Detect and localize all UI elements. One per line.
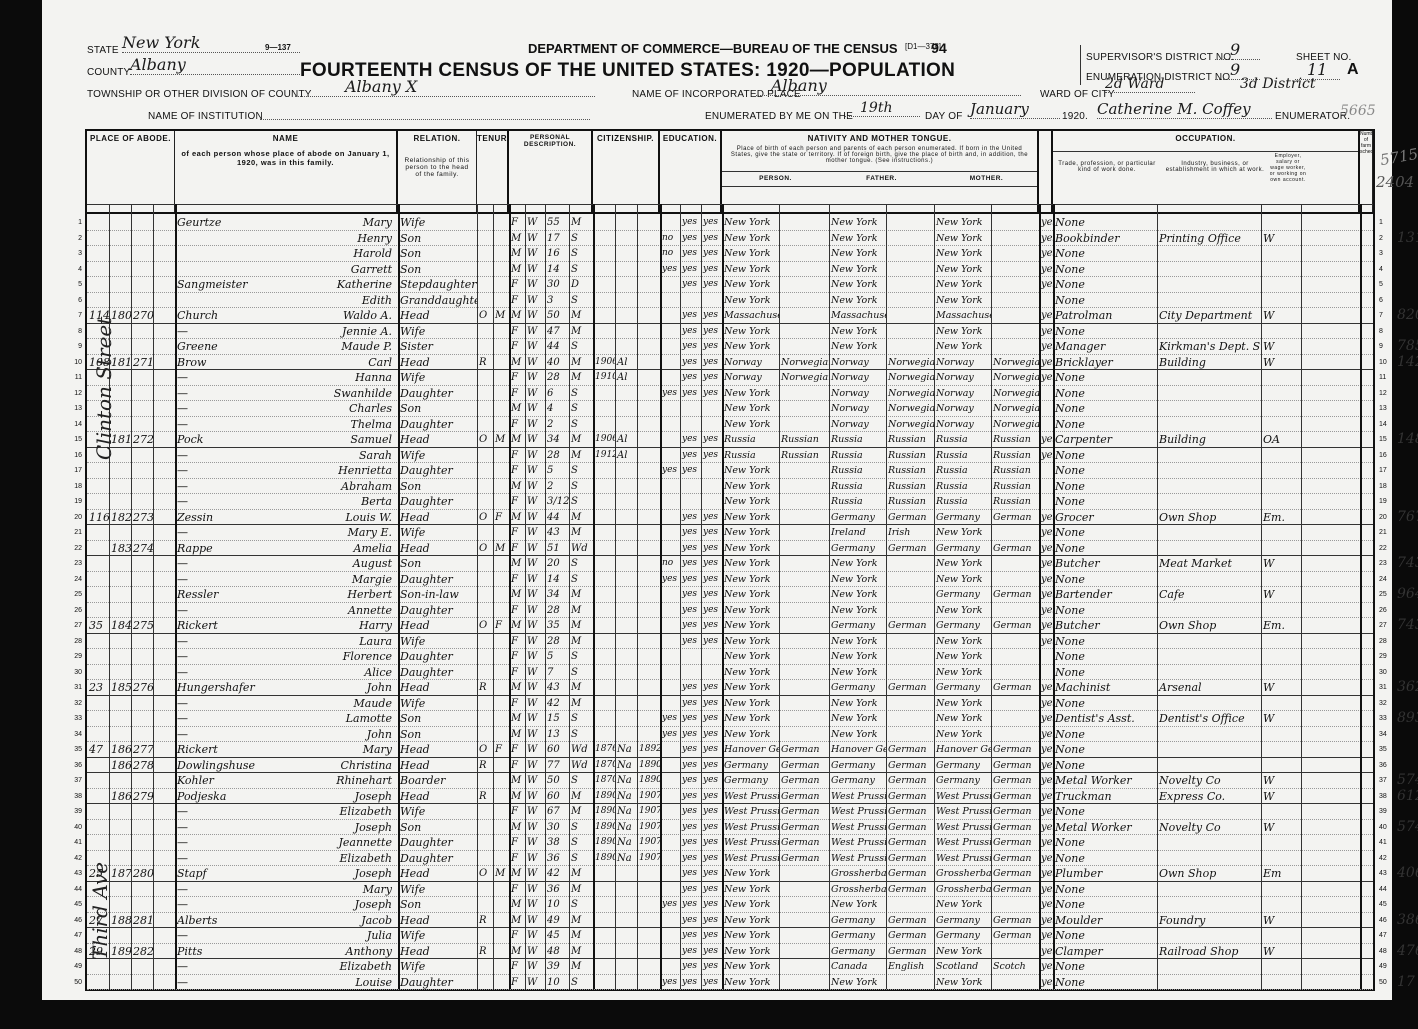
- cell-ind: [1157, 572, 1261, 588]
- table-row: 12—SwanhildeDaughterFW6SyesyesyesNew Yor…: [87, 386, 1373, 402]
- cell-own: [477, 773, 493, 789]
- cell-fam: [131, 804, 153, 820]
- cell-race: W: [525, 401, 545, 417]
- cell-sex: F: [509, 665, 525, 681]
- table-row: 42—ElizabethDaughterFW36S1890Na1907yesye…: [87, 851, 1373, 867]
- cell-mmt: German: [991, 758, 1039, 774]
- cell-write: yes: [701, 541, 722, 557]
- cell-fam: 273: [131, 510, 153, 526]
- cell-house: [87, 525, 109, 541]
- cell-mpob: Norway: [934, 386, 991, 402]
- cell-dw: [109, 262, 131, 278]
- cell-ms: M: [569, 355, 593, 371]
- cell-mmt: Norwegian: [991, 355, 1039, 371]
- cell-eng: yes: [1039, 897, 1053, 913]
- cell-mmt: Scotch: [991, 959, 1039, 975]
- enumeration-district-label: Enumeration District No.: [1086, 72, 1233, 83]
- cell-write: [701, 401, 722, 417]
- cell-write: yes: [701, 882, 722, 898]
- cell-ind: [1157, 494, 1261, 510]
- cell-race: W: [525, 851, 545, 867]
- line-number: 20: [64, 510, 82, 525]
- cell-mort: [493, 665, 509, 681]
- cell-mmt: [991, 262, 1039, 278]
- cell-mmt: Norwegian: [991, 386, 1039, 402]
- cell-nat: [615, 556, 637, 572]
- cell-st: [153, 432, 175, 448]
- cell-natyr: [637, 649, 660, 665]
- cell-ms: M: [569, 215, 593, 231]
- line-number-right: 3: [1379, 246, 1393, 261]
- cell-ms: S: [569, 665, 593, 681]
- cell-farm: [1301, 541, 1360, 557]
- cell-nat: [615, 680, 637, 696]
- cell-nat: Na: [615, 851, 637, 867]
- cell-fam: [131, 928, 153, 944]
- cell-natyr: [637, 975, 660, 991]
- cell-nat: [615, 324, 637, 340]
- cell-fpob: Massachusetts: [829, 308, 886, 324]
- cell-imm: [593, 246, 615, 262]
- cell-eng: yes: [1039, 789, 1053, 805]
- cell-sch: [660, 339, 680, 355]
- line-number: 9: [64, 339, 82, 354]
- cell-sex: F: [509, 463, 525, 479]
- cell-mort: [493, 727, 509, 743]
- cell-mt: Russian: [779, 432, 829, 448]
- cell-sex: M: [509, 820, 525, 836]
- cell-nat: Na: [615, 742, 637, 758]
- line-number-right: 19: [1379, 494, 1393, 509]
- cell-natyr: 1892: [637, 742, 660, 758]
- cell-fmt: [886, 587, 934, 603]
- cell-st: [153, 386, 175, 402]
- cell-farm: [1301, 339, 1360, 355]
- cell-fpob: Germany: [829, 510, 886, 526]
- cell-read: yes: [680, 866, 701, 882]
- line-number: 28: [64, 634, 82, 649]
- line-number: 31: [64, 680, 82, 695]
- cell-mmt: [991, 944, 1039, 960]
- cell-fam: [131, 975, 153, 991]
- cell-sch: [660, 587, 680, 603]
- cell-fpob: New York: [829, 215, 886, 231]
- cell-sch: [660, 820, 680, 836]
- column-rule: [1261, 204, 1262, 989]
- table-row: 41—JeannetteDaughterFW38S1890Na1907yesye…: [87, 835, 1373, 851]
- cell-ind: Own Shop: [1157, 510, 1261, 526]
- cell-dw: [109, 665, 131, 681]
- cell-nat: [615, 634, 637, 650]
- cell-mort: [493, 417, 509, 433]
- cell-dw: 183: [109, 541, 131, 557]
- cell-mt: [779, 215, 829, 231]
- cell-eng: yes: [1039, 339, 1053, 355]
- cell-given: Louise: [260, 975, 398, 991]
- cell-occ: None: [1053, 975, 1157, 991]
- cell-mmt: [991, 665, 1039, 681]
- cell-given: Mary: [260, 882, 398, 898]
- cell-emp: [1261, 479, 1301, 495]
- cell-ms: M: [569, 866, 593, 882]
- column-rule: [477, 204, 478, 989]
- line-number: 2: [64, 231, 82, 246]
- cell-mpob: West Prussia Germany: [934, 804, 991, 820]
- cell-rel: Head: [398, 742, 477, 758]
- table-row: 30—AliceDaughterFW7SNew YorkNew YorkNew …: [87, 665, 1373, 681]
- cell-rel: Son: [398, 556, 477, 572]
- cell-mmt: [991, 897, 1039, 913]
- cell-imm: [593, 277, 615, 293]
- cell-given: Elizabeth: [260, 804, 398, 820]
- cell-fmt: German: [886, 835, 934, 851]
- cell-sch: [660, 370, 680, 386]
- cell-surname: —: [175, 696, 260, 712]
- cell-ind: [1157, 386, 1261, 402]
- cell-mpob: New York: [934, 665, 991, 681]
- cell-read: yes: [680, 913, 701, 929]
- cell-ms: S: [569, 479, 593, 495]
- cell-surname: —: [175, 479, 260, 495]
- cell-rel: Sister: [398, 339, 477, 355]
- cell-st: [153, 308, 175, 324]
- cell-mmt: Russian: [991, 494, 1039, 510]
- day-of-label: day of: [925, 111, 963, 122]
- cell-imm: [593, 401, 615, 417]
- line-number-right: 15: [1379, 432, 1393, 447]
- sheet-number: 11: [1295, 60, 1340, 80]
- cell-natyr: [637, 634, 660, 650]
- cell-house: [87, 463, 109, 479]
- cell-pob: New York: [722, 680, 779, 696]
- cell-farm: [1301, 866, 1360, 882]
- cell-surname: Zessin: [175, 510, 260, 526]
- cell-emp: [1261, 928, 1301, 944]
- cell-ind: Railroad Shop: [1157, 944, 1261, 960]
- cell-surname: Rickert: [175, 742, 260, 758]
- cell-rel: Head: [398, 944, 477, 960]
- cell-eng: [1039, 649, 1053, 665]
- cell-sex: M: [509, 231, 525, 247]
- cell-dw: 185: [109, 680, 131, 696]
- cell-race: W: [525, 711, 545, 727]
- cell-mpob: Russia: [934, 463, 991, 479]
- cell-age: 39: [545, 959, 569, 975]
- cell-own: [477, 417, 493, 433]
- cell-fpob: New York: [829, 649, 886, 665]
- cell-dw: 186: [109, 758, 131, 774]
- cell-house: [87, 556, 109, 572]
- cell-pob: New York: [722, 696, 779, 712]
- cell-emp: W: [1261, 789, 1301, 805]
- cell-read: yes: [680, 370, 701, 386]
- cell-pob: New York: [722, 897, 779, 913]
- cell-imm: 1890: [593, 851, 615, 867]
- cell-fam: 282: [131, 944, 153, 960]
- cell-imm: 1890: [593, 820, 615, 836]
- cell-occ: Bookbinder: [1053, 231, 1157, 247]
- cell-surname: —: [175, 851, 260, 867]
- cell-natyr: [637, 913, 660, 929]
- cell-emp: Em.: [1261, 510, 1301, 526]
- cell-dw: [109, 959, 131, 975]
- cell-farm: [1301, 386, 1360, 402]
- cell-nat: [615, 541, 637, 557]
- cell-mort: [493, 572, 509, 588]
- enumerated-label: Enumerated by me on the: [705, 111, 853, 122]
- line-number: 24: [64, 572, 82, 587]
- cell-fam: [131, 339, 153, 355]
- cell-natyr: [637, 696, 660, 712]
- cell-fpob: Germany: [829, 944, 886, 960]
- cell-given: Hanna: [260, 370, 398, 386]
- cell-imm: [593, 618, 615, 634]
- cell-fpob: New York: [829, 897, 886, 913]
- cell-fmt: [886, 975, 934, 991]
- cell-fpob: Russia: [829, 479, 886, 495]
- cell-age: 38: [545, 835, 569, 851]
- cell-ind: [1157, 603, 1261, 619]
- cell-mpob: Germany: [934, 680, 991, 696]
- cell-surname: [175, 293, 260, 309]
- cell-fmt: German: [886, 680, 934, 696]
- department-title-text: DEPARTMENT OF COMMERCE—BUREAU OF THE CEN…: [528, 41, 898, 56]
- cell-read: yes: [680, 215, 701, 231]
- cell-read: [680, 401, 701, 417]
- cell-emp: [1261, 649, 1301, 665]
- cell-occ: Moulder: [1053, 913, 1157, 929]
- cell-imm: [593, 417, 615, 433]
- cell-own: [477, 525, 493, 541]
- cell-dw: [109, 231, 131, 247]
- line-number-right: 33: [1379, 711, 1393, 726]
- cell-nat: [615, 510, 637, 526]
- cell-st: [153, 897, 175, 913]
- table-row: 36186278DowlingshuseChristinaHeadRFW77Wd…: [87, 758, 1373, 774]
- cell-own: [477, 277, 493, 293]
- cell-fmt: [886, 572, 934, 588]
- group-occupation: OCCUPATION. Trade, profession, or partic…: [1053, 131, 1360, 213]
- cell-fam: [131, 820, 153, 836]
- cell-read: yes: [680, 355, 701, 371]
- cell-st: [153, 541, 175, 557]
- cell-natyr: [637, 572, 660, 588]
- cell-mort: M: [493, 541, 509, 557]
- cell-mort: [493, 277, 509, 293]
- table-row: 13—CharlesSonMW4SNew YorkNorwayNorwegian…: [87, 401, 1373, 417]
- column-rule: [131, 204, 132, 989]
- cell-nat: [615, 897, 637, 913]
- cell-natyr: 1907: [637, 789, 660, 805]
- line-number-right: 9: [1379, 339, 1393, 354]
- cell-st: [153, 246, 175, 262]
- cell-write: yes: [701, 370, 722, 386]
- cell-pob: New York: [722, 634, 779, 650]
- cell-nat: [615, 386, 637, 402]
- cell-occ: None: [1053, 417, 1157, 433]
- column-rule: [701, 204, 702, 989]
- cell-mt: [779, 882, 829, 898]
- cell-sex: M: [509, 432, 525, 448]
- cell-rel: Son: [398, 897, 477, 913]
- cell-nat: [615, 479, 637, 495]
- column-rule: [615, 204, 616, 989]
- cell-emp: [1261, 370, 1301, 386]
- cell-fam: [131, 386, 153, 402]
- cell-house: [87, 231, 109, 247]
- cell-read: yes: [680, 773, 701, 789]
- cell-given: Annette: [260, 603, 398, 619]
- cell-mpob: New York: [934, 215, 991, 231]
- cell-pob: Germany: [722, 773, 779, 789]
- group-mother: MOTHER.: [934, 175, 1039, 182]
- cell-emp: OA: [1261, 432, 1301, 448]
- margin-number: 820: [1397, 308, 1418, 323]
- cell-occ: Truckman: [1053, 789, 1157, 805]
- cell-fmt: Russian: [886, 448, 934, 464]
- enumerator-name: Catherine M. Coffey: [1097, 100, 1272, 119]
- line-number: 21: [64, 525, 82, 540]
- cell-race: W: [525, 293, 545, 309]
- cell-mt: [779, 231, 829, 247]
- cell-pob: New York: [722, 324, 779, 340]
- cell-race: W: [525, 556, 545, 572]
- cell-sex: F: [509, 525, 525, 541]
- cell-age: 14: [545, 572, 569, 588]
- cell-occ: None: [1053, 277, 1157, 293]
- cell-emp: [1261, 293, 1301, 309]
- cell-mmt: Russian: [991, 463, 1039, 479]
- cell-race: W: [525, 789, 545, 805]
- cell-fpob: Norway: [829, 401, 886, 417]
- cell-mort: [493, 649, 509, 665]
- cell-sex: F: [509, 851, 525, 867]
- cell-emp: [1261, 572, 1301, 588]
- cell-rel: Boarder: [398, 773, 477, 789]
- cell-natyr: 1890: [637, 773, 660, 789]
- cell-race: W: [525, 665, 545, 681]
- cell-ms: M: [569, 804, 593, 820]
- cell-mt: [779, 665, 829, 681]
- cell-sch: [660, 432, 680, 448]
- group-tenure: TENURE.: [477, 131, 509, 213]
- cell-write: yes: [701, 680, 722, 696]
- cell-race: W: [525, 618, 545, 634]
- cell-rel: Daughter: [398, 463, 477, 479]
- cell-occ: None: [1053, 634, 1157, 650]
- cell-surname: —: [175, 417, 260, 433]
- cell-mpob: Scotland: [934, 959, 991, 975]
- cell-mt: German: [779, 804, 829, 820]
- cell-farm: [1301, 773, 1360, 789]
- cell-own: [477, 339, 493, 355]
- cell-age: 13: [545, 727, 569, 743]
- cell-sch: [660, 804, 680, 820]
- cell-fmt: Norwegian: [886, 355, 934, 371]
- cell-fpob: New York: [829, 293, 886, 309]
- group-occupation-title: OCCUPATION.: [1053, 134, 1358, 143]
- cell-surname: —: [175, 525, 260, 541]
- cell-eng: yes: [1039, 959, 1053, 975]
- cell-natyr: [637, 928, 660, 944]
- cell-farm: [1301, 262, 1360, 278]
- line-number: 45: [64, 897, 82, 912]
- cell-age: 43: [545, 680, 569, 696]
- cell-own: O: [477, 541, 493, 557]
- table-row: 28—LauraWifeFW28MyesyesNew YorkNew YorkN…: [87, 634, 1373, 650]
- cell-pob: New York: [722, 386, 779, 402]
- department-title: DEPARTMENT OF COMMERCE—BUREAU OF THE CEN…: [528, 40, 947, 56]
- cell-mort: [493, 897, 509, 913]
- line-number-right: 2: [1379, 231, 1393, 246]
- margin-number: 406: [1397, 866, 1418, 881]
- cell-fam: [131, 401, 153, 417]
- cell-emp: [1261, 401, 1301, 417]
- cell-farm: [1301, 742, 1360, 758]
- cell-pob: New York: [722, 587, 779, 603]
- form-id: [D1—378]: [905, 42, 941, 51]
- cell-st: [153, 324, 175, 340]
- cell-sex: F: [509, 882, 525, 898]
- cell-imm: [593, 231, 615, 247]
- cell-mmt: [991, 215, 1039, 231]
- cell-nat: [615, 882, 637, 898]
- cell-st: [153, 727, 175, 743]
- cell-dw: [109, 525, 131, 541]
- cell-own: [477, 665, 493, 681]
- cell-mpob: New York: [934, 556, 991, 572]
- cell-mmt: [991, 649, 1039, 665]
- cell-mpob: New York: [934, 696, 991, 712]
- cell-age: 45: [545, 928, 569, 944]
- cell-fam: 275: [131, 618, 153, 634]
- cell-natyr: 1890: [637, 758, 660, 774]
- cell-rel: Daughter: [398, 851, 477, 867]
- cell-own: [477, 711, 493, 727]
- table-row: 40—JosephSonMW30S1890Na1907yesyesWest Pr…: [87, 820, 1373, 836]
- cell-house: 23: [87, 680, 109, 696]
- cell-age: 47: [545, 324, 569, 340]
- line-number-right: 47: [1379, 928, 1393, 943]
- line-number-right: 37: [1379, 773, 1393, 788]
- group-nativity: NATIVITY AND MOTHER TONGUE. Place of bir…: [722, 131, 1039, 213]
- cell-st: [153, 789, 175, 805]
- cell-fpob: Germany: [829, 773, 886, 789]
- cell-fmt: German: [886, 742, 934, 758]
- cell-eng: yes: [1039, 773, 1053, 789]
- cell-nat: [615, 339, 637, 355]
- cell-ms: S: [569, 463, 593, 479]
- cell-farm: [1301, 463, 1360, 479]
- cell-sex: F: [509, 215, 525, 231]
- cell-age: 17: [545, 231, 569, 247]
- cell-write: yes: [701, 634, 722, 650]
- cell-farm: [1301, 975, 1360, 991]
- cell-emp: [1261, 665, 1301, 681]
- group-relation-title: RELATION.: [398, 134, 476, 143]
- cell-age: 10: [545, 975, 569, 991]
- cell-nat: [615, 525, 637, 541]
- column-rule: [1039, 204, 1041, 989]
- cell-mmt: [991, 696, 1039, 712]
- cell-write: yes: [701, 525, 722, 541]
- population-schedule-table: PLACE OF ABODE. NAME of each person whos…: [85, 129, 1375, 991]
- cell-nat: Na: [615, 835, 637, 851]
- cell-mmt: [991, 277, 1039, 293]
- cell-given: Joseph: [260, 897, 398, 913]
- year-label: 1920.: [1062, 111, 1088, 122]
- cell-eng: [1039, 479, 1053, 495]
